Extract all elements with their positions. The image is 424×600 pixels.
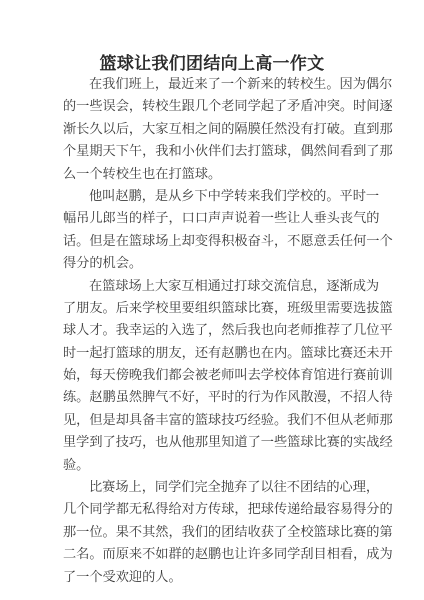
paragraph-line: 了一个受欢迎的人。 — [63, 567, 359, 589]
paragraph-3: 在篮球场上大家互相通过打球交流信息，逐渐成为 了朋友。后来学校里要组织篮球比赛，… — [63, 276, 359, 478]
paragraph-1: 在我们班上，最近来了一个新来的转校生。因为偶尔 的一些误会，转校生跟几个老同学起… — [63, 74, 359, 186]
document-page: 篮球让我们团结向上高一作文 在我们班上，最近来了一个新来的转校生。因为偶尔 的一… — [0, 0, 424, 600]
paragraph-line: 那一位。果不其然，我们的团结收获了全校篮球比赛的第 — [63, 522, 359, 544]
document-body: 在我们班上，最近来了一个新来的转校生。因为偶尔 的一些误会，转校生跟几个老同学起… — [63, 74, 359, 589]
paragraph-line: 里学到了技巧，也从他那里知道了一些篮球比赛的实战经 — [63, 432, 359, 454]
paragraph-line: 验。 — [63, 455, 359, 477]
paragraph-line: 比赛场上，同学们完全抛弃了以往不团结的心理， — [63, 477, 359, 499]
paragraph-line: 练。赵鹏虽然脾气不好，平时的行为作风散漫，不招人待 — [63, 387, 359, 409]
paragraph-2: 他叫赵鹏，是从乡下中学转来我们学校的。平时一 幅吊儿郎当的样子，口口声声说着一些… — [63, 186, 359, 276]
paragraph-line: 幅吊儿郎当的样子，口口声声说着一些让人垂头丧气的 — [63, 208, 359, 230]
paragraph-line: 渐长久以后，大家互相之间的隔膜任然没有打破。直到那 — [63, 119, 359, 141]
paragraph-4: 比赛场上，同学们完全抛弃了以往不团结的心理， 几个同学都无私得给对方传球，把球传… — [63, 477, 359, 589]
paragraph-line: 的一些误会，转校生跟几个老同学起了矛盾冲突。时间逐 — [63, 96, 359, 118]
paragraph-line: 始，每天傍晚我们都会被老师叫去学校体育馆进行赛前训 — [63, 365, 359, 387]
paragraph-line: 得分的机会。 — [63, 253, 359, 275]
paragraph-line: 在我们班上，最近来了一个新来的转校生。因为偶尔 — [63, 74, 359, 96]
paragraph-line: 球人才。我幸运的入选了，然后我也向老师推荐了几位平 — [63, 320, 359, 342]
paragraph-line: 在篮球场上大家互相通过打球交流信息，逐渐成为 — [63, 276, 359, 298]
paragraph-line: 了朋友。后来学校里要组织篮球比赛，班级里需要选拔篮 — [63, 298, 359, 320]
document-title: 篮球让我们团结向上高一作文 — [0, 53, 424, 75]
paragraph-line: 几个同学都无私得给对方传球，把球传递给最容易得分的 — [63, 499, 359, 521]
paragraph-line: 他叫赵鹏，是从乡下中学转来我们学校的。平时一 — [63, 186, 359, 208]
paragraph-line: 么一个转校生也在打篮球。 — [63, 164, 359, 186]
paragraph-line: 个星期天下午，我和小伙伴们去打篮球，偶然间看到了那 — [63, 141, 359, 163]
paragraph-line: 见，但是却具备丰富的篮球技巧经验。我们不但从老师那 — [63, 410, 359, 432]
paragraph-line: 时一起打篮球的朋友，还有赵鹏也在内。篮球比赛还未开 — [63, 343, 359, 365]
paragraph-line: 话。但是在篮球场上却变得积极奋斗，不愿意丢任何一个 — [63, 231, 359, 253]
paragraph-line: 二名。而原来不如群的赵鹏也让许多同学刮目相看，成为 — [63, 544, 359, 566]
